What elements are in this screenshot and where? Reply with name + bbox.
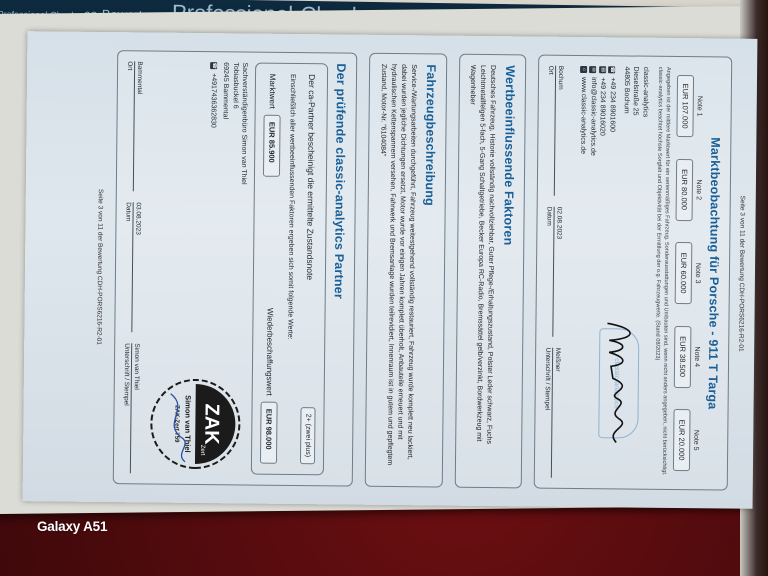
page-footer-line: Seite 3 von 11 der Bewertung CDH-PORS621…: [94, 50, 106, 484]
certification-box: Der ca-Partner bescheinigt die ermittelt…: [251, 63, 328, 476]
office-city: 69245 Bammental: [220, 62, 231, 184]
company-name: classic-analytics: [640, 67, 650, 157]
company-fax: +49 234 89016020: [597, 77, 607, 136]
datum-label: Datum: [544, 207, 553, 337]
ort-value: Bochum: [554, 66, 564, 196]
ort-label: Ort: [125, 61, 134, 191]
market-value-label: Marktwert: [268, 74, 277, 109]
market-observation-box: Marktbeobachtung für Porsche - 911 T Tar…: [534, 55, 733, 491]
signer-label: Unterschrift / Stempel: [543, 348, 552, 478]
svg-text:ZAK: ZAK: [200, 403, 222, 445]
signer-label: Unterschrift / Stempel: [122, 343, 131, 473]
partner-title: Der prüfende classic-analytics Partner: [330, 63, 348, 475]
company-city: 44805 Bochum: [621, 66, 631, 156]
web-icon: ⌂: [580, 66, 587, 73]
company-address: classic-analytics Dieselstraße 25 44805 …: [569, 66, 650, 157]
note-4: Note 4 EUR 38.500: [674, 317, 701, 395]
zak-certification-stamp: ZAK Zert Simon van Thiel ZAK-Zert 759: [145, 373, 246, 474]
handwritten-signature: [586, 318, 647, 459]
note-value: EUR 20.000: [673, 409, 691, 471]
note-label: Note 3: [694, 263, 701, 284]
note-value: EUR 38.500: [674, 325, 692, 387]
market-value: EUR 85.900: [263, 115, 281, 177]
note-5: Note 5 EUR 20.000: [673, 401, 700, 479]
company-street: Dieselstraße 25: [630, 67, 640, 157]
phone-icon: ☎: [608, 66, 615, 73]
svg-text:Zert: Zert: [199, 445, 205, 456]
ort-label: Ort: [546, 66, 555, 196]
document-page: Seite 3 von 11 der Bewertung CDH-PORS621…: [23, 31, 758, 509]
grade-values-row: Note 1 EUR 107.000 Note 2 EUR 80.000 Not…: [673, 67, 703, 479]
note-label: Note 5: [692, 430, 699, 451]
office-name: Sachverständigenbüro Simon van Thiel: [239, 62, 250, 184]
including-text: Einschließlich aller wertbeeinflussenden…: [285, 74, 296, 464]
note-2: Note 2 EUR 80.000: [675, 150, 702, 228]
certifies-text: Der ca-Partner bescheinigt die ermittelt…: [305, 74, 317, 280]
company-phone: +49 234 8901600: [607, 77, 617, 132]
company-web: www.classic-analytics.de: [578, 77, 588, 154]
ort-value: Bammental: [133, 61, 143, 191]
camera-watermark: Galaxy A51: [37, 519, 107, 534]
market-signature-area: classic-analytics: [566, 298, 648, 479]
page-header-line: Seite 3 von 11 der Bewertung CDH-PORS621…: [736, 57, 748, 491]
value-factors-box: Wertbeeinflussende Faktoren Deutsches Fa…: [454, 54, 526, 489]
description-text: Service-/Wartungsarbeiten durchgeführt, …: [374, 64, 417, 476]
description-title: Fahrzeugbeschreibung: [419, 64, 437, 476]
signer-value: Meißner: [551, 348, 561, 478]
replacement-value: EUR 98.000: [260, 402, 278, 464]
vehicle-description-box: Fahrzeugbeschreibung Service-/Wartungsar…: [365, 53, 447, 488]
note-label: Note 4: [693, 346, 700, 367]
expert-office-address: Sachverständigenbüro Simon van Thiel Tob…: [148, 61, 249, 184]
note-value: EUR 107.000: [676, 75, 694, 137]
note-label: Note 2: [695, 179, 702, 200]
office-phone: +4917436362830: [208, 73, 218, 128]
note-label: Note 1: [696, 96, 703, 117]
replacement-value-label: Wiederbeschaffungswert: [265, 308, 275, 396]
note-3: Note 3 EUR 60.000: [675, 234, 702, 312]
market-title: Marktbeobachtung für Porsche - 911 T Tar…: [705, 67, 723, 479]
signer-value: Simon van Thiel: [130, 343, 140, 473]
factors-title: Wertbeeinflussende Faktoren: [499, 65, 517, 477]
note-1: Note 1 EUR 107.000: [676, 67, 703, 145]
partner-box: Der prüfende classic-analytics Partner D…: [113, 50, 358, 486]
datum-value: 03.08.2023: [132, 202, 142, 332]
datum-value: 02.08.2023: [552, 207, 562, 337]
note-value: EUR 60.000: [675, 242, 693, 304]
company-email: info@classic-analytics.de: [587, 77, 597, 156]
phone-icon: ☎: [210, 62, 217, 69]
factors-text: Deutsches Fahrzeug, Historie vollständig…: [463, 65, 497, 477]
email-icon: ✉: [590, 66, 597, 73]
fax-icon: ▤: [599, 66, 606, 73]
grade-value: 2+ (zwei plus): [300, 407, 316, 465]
market-disclaimer: Angegeben ist der mittlere Marktwert für…: [652, 67, 671, 479]
stamp-seal-icon: ZAK Zert Simon van Thiel ZAK-Zert 759: [145, 373, 246, 474]
datum-label: Datum: [124, 202, 133, 332]
note-value: EUR 80.000: [676, 158, 694, 220]
